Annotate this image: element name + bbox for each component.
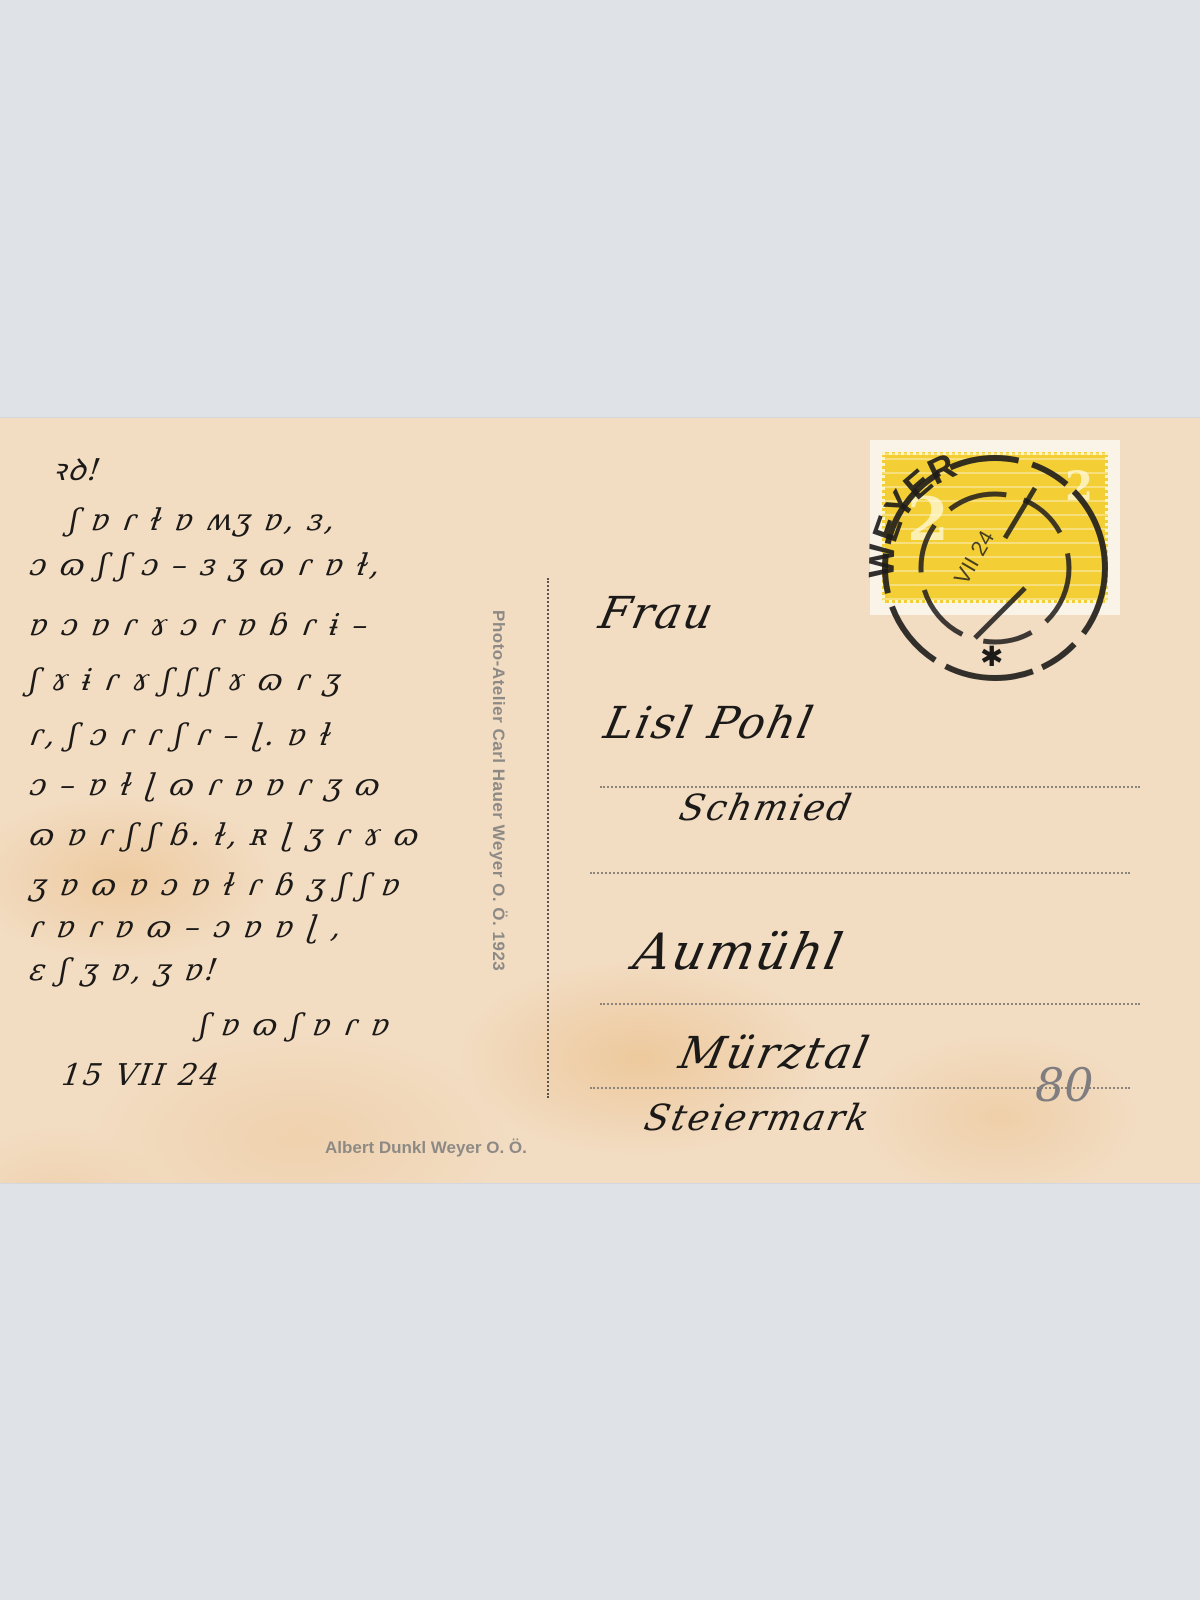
address-rule bbox=[590, 872, 1130, 874]
message-line: ꝛꝺ! bbox=[49, 448, 105, 489]
publisher-imprint: Albert Dunkl Weyer O. Ö. bbox=[325, 1138, 527, 1158]
message-line: ɐ ɔ ɐ ɾ ɤ ɔ ɾ ɐ ɓ ɾ ɨ – bbox=[28, 608, 373, 643]
address-line: Schmied bbox=[676, 788, 857, 829]
center-divider bbox=[547, 578, 549, 1098]
postcard: ꝛꝺ! ʃ ɐ ɾ ɫ ɐ ʍʒ ɐ, ɜ, ɔ ɷ ʃ ʃ ɔ – ɜ ʒ ɷ… bbox=[0, 418, 1200, 1183]
message-line: ʃ ɐ ɾ ɫ ɐ ʍʒ ɐ, ɜ, bbox=[68, 503, 339, 538]
message-line: ɔ – ɐ ɫ ɭ ɷ ɾ ɐ ɐ ɾ ʒ ɷ bbox=[28, 768, 385, 803]
postmark-icon: WEYER VII 24 ✱ bbox=[855, 428, 1115, 688]
address-town: Aumühl bbox=[629, 923, 849, 981]
message-line: ʒ ɐ ɷ ɐ ɔ ɐ ɫ ɾ ɓ ʒ ʃ ʃ ɐ bbox=[28, 868, 405, 903]
address-name: Lisl Pohl bbox=[600, 698, 819, 749]
message-line: ɛ ʃ ʒ ɐ, ʒ ɐ! bbox=[28, 953, 222, 988]
message-line: ɾ ɐ ɾ ɐ ɷ – ɔ ɐ ɐ ɭ , bbox=[28, 910, 346, 945]
photographer-imprint: Photo-Atelier Carl Hauer Weyer O. Ö. 192… bbox=[488, 610, 508, 971]
postmark-town: WEYER bbox=[860, 444, 962, 578]
address-salutation: Frau bbox=[595, 588, 720, 639]
address-district: Mürztal bbox=[675, 1028, 875, 1079]
message-line: ɷ ɐ ɾ ʃ ʃ ɓ. ɫ, ʀ ɭ ʒ ɾ ɤ ɷ bbox=[28, 818, 424, 853]
svg-text:WEYER: WEYER bbox=[860, 444, 962, 578]
address-rule bbox=[600, 1003, 1140, 1005]
message-date: 15 VII 24 bbox=[60, 1058, 224, 1093]
address-region: Steiermark bbox=[641, 1098, 875, 1139]
message-line: ɔ ɷ ʃ ʃ ɔ – ɜ ʒ ɷ ɾ ɐ ɫ, bbox=[28, 548, 385, 583]
message-line: ɾ, ʃ ɔ ɾ ɾ ʃ ɾ – ɭ. ɐ ɫ bbox=[28, 718, 336, 753]
postmark-date: VII 24 bbox=[949, 526, 999, 588]
address-rule bbox=[600, 786, 1140, 788]
signature: ʃ ɐ ɷ ʃ ɐ ɾ ɐ bbox=[198, 1008, 394, 1043]
message-line: ʃ ɤ ɨ ɾ ɤ ʃ ʃ ʃ ɤ ɷ ɾ ʒ bbox=[28, 663, 345, 698]
postmark-star: ✱ bbox=[980, 640, 1003, 673]
pencil-note: 80 bbox=[1035, 1058, 1094, 1112]
